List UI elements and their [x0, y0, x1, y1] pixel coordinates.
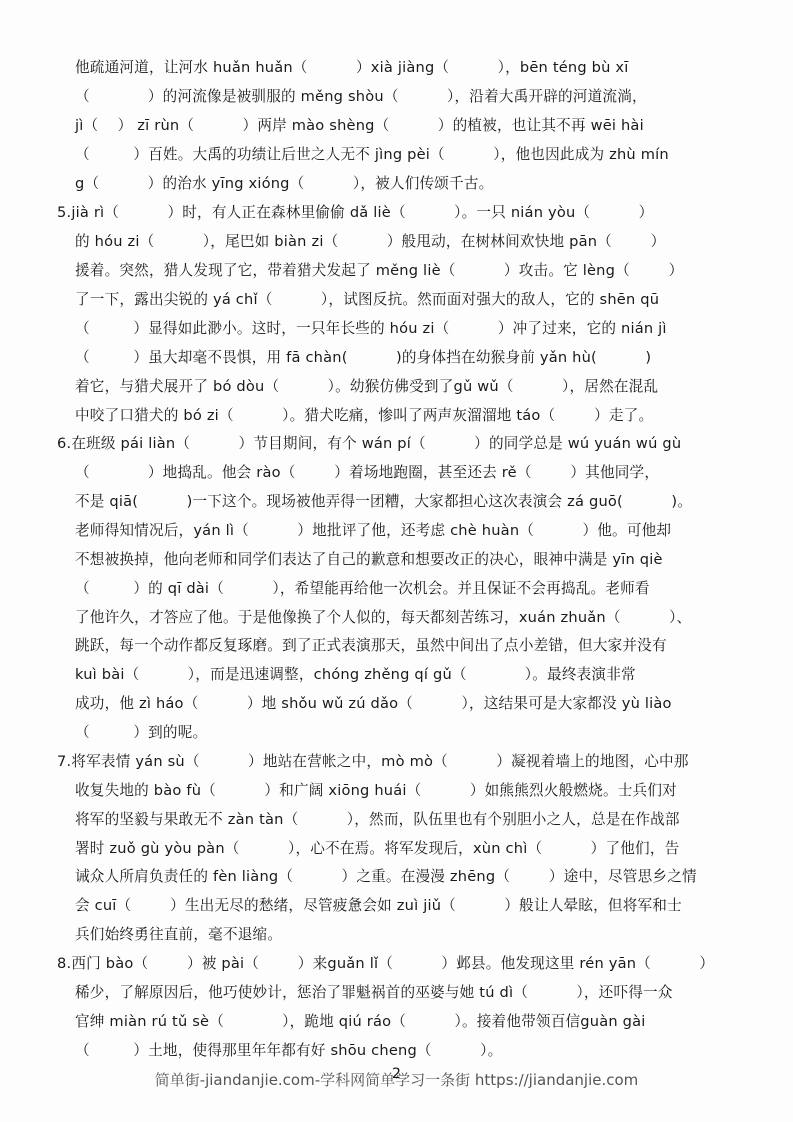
text-line: 了他许久，才答应了他。于是他像换了个人似的，每天都刻苦练习，xuán zhuǎn…	[0, 603, 793, 632]
line-text: 不想被换掉，他向老师和同学们表达了自己的歉意和想要改正的决心，眼神中满是 yīn…	[75, 545, 663, 574]
line-text: 6.在班级 pái liàn（ ）节目期间，有个 wán pí（ ）的同学总是 …	[57, 429, 681, 458]
text-line: 跳跃，每一个动作都反复琢磨。到了正式表演那天，虽然中间出了点小差错，但大家并没有	[0, 631, 793, 660]
text-line: （ ）的 qī dài（ ），希望能再给他一次机会。并且保证不会再捣乱。老师看	[0, 574, 793, 603]
line-text: （ ）地捣乱。他会 rào（ ）着场地跑圈，甚至还去 rě（ ）其他同学，	[75, 458, 659, 487]
text-line: （ ）土地，使得那里年年都有好 shōu cheng（ ）。	[0, 1036, 793, 1065]
text-line: 中咬了口猎犬的 bó zi（ ）。猎犬吃痛，惨叫了两声灰溜溜地 táo（ ）走了…	[0, 401, 793, 430]
line-text: g（ ）的治水 yīng xióng（ ），被人们传颂千古。	[75, 169, 493, 198]
line-text: 了他许久，才答应了他。于是他像换了个人似的，每天都刻苦练习，xuán zhuǎn…	[75, 603, 691, 632]
line-text: 跳跃，每一个动作都反复琢磨。到了正式表演那天，虽然中间出了点小差错，但大家并没有	[75, 631, 667, 660]
line-text: 署时 zuǒ gù yòu pàn（ ），心不在焉。将军发现后，xùn chì（…	[75, 834, 679, 863]
line-text: kuì bài（ ），而是迅速调整，chóng zhěng qí gǔ（ ）。最…	[75, 660, 636, 689]
text-line: 5.jià rì（ ）时，有人正在森林里偷偷 dǎ liè（ ）。一只 nián…	[0, 198, 793, 227]
text-line: 老师得知情况后，yán lì（ ）地批评了他，还考虑 chè huàn（ ）他。…	[0, 516, 793, 545]
text-line: 成功，他 zì háo（ ）地 shǒu wǔ zú dǎo（ ），这结果可是大…	[0, 689, 793, 718]
text-line: 将军的坚毅与果敢无不 zàn tàn（ ），然而，队伍里也有个别胆小之人，总是在…	[0, 805, 793, 834]
line-text: 会 cuī（ ）生出无尽的愁绪，尽管疲惫会如 zuì jiǔ（ ）般让人晕眩，但…	[75, 891, 682, 920]
text-line: 官绅 miàn rú tǔ sè（ ），跪地 qiú ráo（ ）。接着他带领百…	[0, 1007, 793, 1036]
page-number: 2	[392, 1066, 401, 1082]
line-text: 5.jià rì（ ）时，有人正在森林里偷偷 dǎ liè（ ）。一只 nián…	[57, 198, 653, 227]
text-line: 会 cuī（ ）生出无尽的愁绪，尽管疲惫会如 zuì jiǔ（ ）般让人晕眩，但…	[0, 891, 793, 920]
line-text: 老师得知情况后，yán lì（ ）地批评了他，还考虑 chè huàn（ ）他。…	[75, 516, 671, 545]
line-text: 官绅 miàn rú tǔ sè（ ），跪地 qiú ráo（ ）。接着他带领百…	[75, 1007, 646, 1036]
text-line: 署时 zuǒ gù yòu pàn（ ），心不在焉。将军发现后，xùn chì（…	[0, 834, 793, 863]
worksheet-page: 他疏通河道，让河水 huǎn huǎn（ ）xià jiàng（ ），bēn t…	[0, 0, 793, 1122]
text-line: 8.西门 bào（ ）被 pài（ ）来guǎn lǐ（ ）邺县。他发现这里 r…	[0, 949, 793, 978]
line-text: 他疏通河道，让河水 huǎn huǎn（ ）xià jiàng（ ），bēn t…	[75, 53, 629, 82]
text-line: 他疏通河道，让河水 huǎn huǎn（ ）xià jiàng（ ），bēn t…	[0, 53, 793, 82]
text-line: 兵们始终勇往直前，毫不退缩。	[0, 920, 793, 949]
text-line: 着它，与猎犬展开了 bó dòu（ ）。幼猴仿佛受到了gǔ wǔ（ ），居然在混…	[0, 372, 793, 401]
line-text: 援着。突然，猎人发现了它，带着猎犬发起了 měng liè（ ）攻击。它 lèn…	[75, 256, 683, 285]
text-line: 的 hóu zi（ ），尾巴如 biàn zi（ ）般甩动，在树林间欢快地 pā…	[0, 227, 793, 256]
text-line: （ ）地捣乱。他会 rào（ ）着场地跑圈，甚至还去 rě（ ）其他同学，	[0, 458, 793, 487]
line-text: （ ）显得如此渺小。这时，一只年长些的 hóu zi（ ）冲了过来，它的 niá…	[75, 314, 667, 343]
text-line: （ ）显得如此渺小。这时，一只年长些的 hóu zi（ ）冲了过来，它的 niá…	[0, 314, 793, 343]
text-line: kuì bài（ ），而是迅速调整，chóng zhěng qí gǔ（ ）。最…	[0, 660, 793, 689]
line-text: （ ）百姓。大禹的功绩让后世之人无不 jìng pèi（ ），他也因此成为 zh…	[75, 140, 669, 169]
line-text: 不是 qiā( )一下这个。现场被他弄得一团糟，大家都担心这次表演会 zá gu…	[75, 487, 692, 516]
line-text: 将军的坚毅与果敢无不 zàn tàn（ ），然而，队伍里也有个别胆小之人，总是在…	[75, 805, 680, 834]
text-line: 诫众人所肩负责任的 fèn liàng（ ）之重。在漫漫 zhēng（ ）途中，…	[0, 862, 793, 891]
line-text: 稀少，了解原因后，他巧使妙计，惩治了罪魁祸首的巫婆与她 tú dì（ ），还吓得…	[75, 978, 673, 1007]
line-text: 成功，他 zì háo（ ）地 shǒu wǔ zú dǎo（ ），这结果可是大…	[75, 689, 672, 718]
text-line: （ ）百姓。大禹的功绩让后世之人无不 jìng pèi（ ），他也因此成为 zh…	[0, 140, 793, 169]
line-text: 中咬了口猎犬的 bó zi（ ）。猎犬吃痛，惨叫了两声灰溜溜地 táo（ ）走了…	[75, 401, 653, 430]
line-text: （ ）的 qī dài（ ），希望能再给他一次机会。并且保证不会再捣乱。老师看	[75, 574, 650, 603]
text-line: 了一下，露出尖锐的 yá chǐ（ ），试图反抗。然而面对强大的敌人，它的 sh…	[0, 285, 793, 314]
line-text: 7.将军表情 yán sù（ ）地站在营帐之中，mò mò（ ）凝视着墙上的地图…	[57, 747, 689, 776]
line-text: （ ）到的呢。	[75, 718, 207, 747]
line-text: （ ）虽大却毫不畏惧，用 fā chàn( )的身体挡在幼猴身前 yǎn hù(…	[75, 343, 651, 372]
line-text: （ ）土地，使得那里年年都有好 shōu cheng（ ）。	[75, 1036, 502, 1065]
line-text: 兵们始终勇往直前，毫不退缩。	[75, 920, 282, 949]
text-line: （ ）的河流像是被驯服的 měng shòu（ ），沿着大禹开辟的河道流淌，	[0, 82, 793, 111]
text-line: 稀少，了解原因后，他巧使妙计，惩治了罪魁祸首的巫婆与她 tú dì（ ），还吓得…	[0, 978, 793, 1007]
text-line: 收复失地的 bào fù（ ）和广阔 xiōng huái（ ）如熊熊烈火般燃烧…	[0, 776, 793, 805]
line-text: 诫众人所肩负责任的 fèn liàng（ ）之重。在漫漫 zhēng（ ）途中，…	[75, 862, 697, 891]
text-line: （ ）虽大却毫不畏惧，用 fā chàn( )的身体挡在幼猴身前 yǎn hù(…	[0, 343, 793, 372]
line-text: 8.西门 bào（ ）被 pài（ ）来guǎn lǐ（ ）邺县。他发现这里 r…	[57, 949, 714, 978]
line-text: （ ）的河流像是被驯服的 měng shòu（ ），沿着大禹开辟的河道流淌，	[75, 82, 647, 111]
text-line: g（ ）的治水 yīng xióng（ ），被人们传颂千古。	[0, 169, 793, 198]
line-text: 了一下，露出尖锐的 yá chǐ（ ），试图反抗。然而面对强大的敌人，它的 sh…	[75, 285, 659, 314]
text-line: （ ）到的呢。	[0, 718, 793, 747]
line-text: 的 hóu zi（ ），尾巴如 biàn zi（ ）般甩动，在树林间欢快地 pā…	[75, 227, 665, 256]
text-line: 援着。突然，猎人发现了它，带着猎犬发起了 měng liè（ ）攻击。它 lèn…	[0, 256, 793, 285]
text-line: 6.在班级 pái liàn（ ）节目期间，有个 wán pí（ ）的同学总是 …	[0, 429, 793, 458]
line-text: 收复失地的 bào fù（ ）和广阔 xiōng huái（ ）如熊熊烈火般燃烧…	[75, 776, 677, 805]
line-text: 着它，与猎犬展开了 bó dòu（ ）。幼猴仿佛受到了gǔ wǔ（ ），居然在混…	[75, 372, 658, 401]
text-line: 7.将军表情 yán sù（ ）地站在营帐之中，mò mò（ ）凝视着墙上的地图…	[0, 747, 793, 776]
text-line: jì（ ） zī rùn（ ）两岸 mào shèng（ ）的植被，也让其不再 …	[0, 111, 793, 140]
line-text: jì（ ） zī rùn（ ）两岸 mào shèng（ ）的植被，也让其不再 …	[75, 111, 644, 140]
text-line: 不是 qiā( )一下这个。现场被他弄得一团糟，大家都担心这次表演会 zá gu…	[0, 487, 793, 516]
text-line: 不想被换掉，他向老师和同学们表达了自己的歉意和想要改正的决心，眼神中满是 yīn…	[0, 545, 793, 574]
